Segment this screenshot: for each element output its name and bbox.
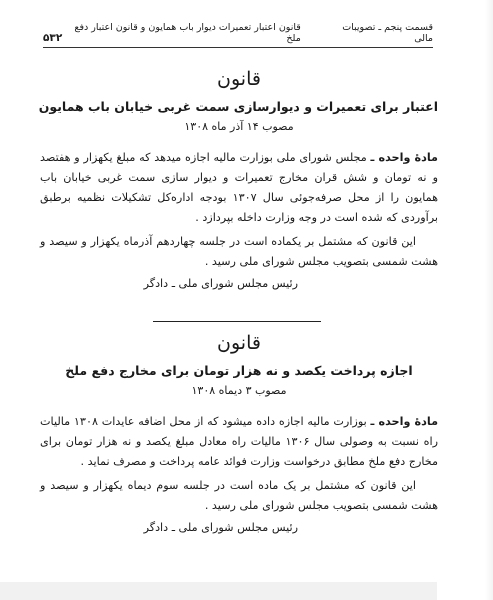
law-date: مصوب ۱۴ آذر ماه ۱۳۰۸ <box>40 118 438 136</box>
section-title: قسمت پنجم ـ تصویبات مالی <box>323 22 433 44</box>
law-heading: قانون <box>40 330 438 356</box>
running-title: قانون اعتبار تعمیرات دیوار باب همایون و … <box>62 22 301 44</box>
approval-paragraph: این قانون که مشتمل بر یکماده است در جلسه… <box>40 232 438 272</box>
article-label: مادهٔ واحده ـ <box>371 415 438 428</box>
article-paragraph: مادهٔ واحده ـ بوزارت مالیه اجازه داده می… <box>40 412 438 472</box>
law-title: اعتبار برای تعمیرات و دیوارسازی سمت غربی… <box>40 96 438 118</box>
document-page: قسمت پنجم ـ تصویبات مالی قانون اعتبار تع… <box>0 0 493 600</box>
running-header-titles: قسمت پنجم ـ تصویبات مالی قانون اعتبار تع… <box>62 22 433 44</box>
law-heading: قانون <box>40 66 438 92</box>
signature: رئیس مجلس شورای ملی ـ دادگر <box>40 274 438 294</box>
page-number: ۵۳۲ <box>43 32 62 44</box>
law-section-1: قانون اعتبار برای تعمیرات و دیوارسازی سم… <box>40 66 438 294</box>
running-header: قسمت پنجم ـ تصویبات مالی قانون اعتبار تع… <box>43 22 433 48</box>
section-separator <box>153 321 321 322</box>
law-title: اجازه پرداخت یکصد و نه هزار تومان برای م… <box>40 360 438 382</box>
approval-paragraph: این قانون که مشتمل بر یک ماده است در جلس… <box>40 476 438 516</box>
article-label: مادهٔ واحده ـ <box>371 151 438 164</box>
law-date: مصوب ۳ دیماه ۱۳۰۸ <box>40 382 438 400</box>
article-paragraph: مادهٔ واحده ـ مجلس شورای ملی بوزارت مالی… <box>40 148 438 228</box>
scan-bottom-edge <box>0 582 437 600</box>
signature: رئیس مجلس شورای ملی ـ دادگر <box>40 518 438 538</box>
scan-edge <box>485 0 493 600</box>
law-section-2: قانون اجازه پرداخت یکصد و نه هزار تومان … <box>40 330 438 538</box>
